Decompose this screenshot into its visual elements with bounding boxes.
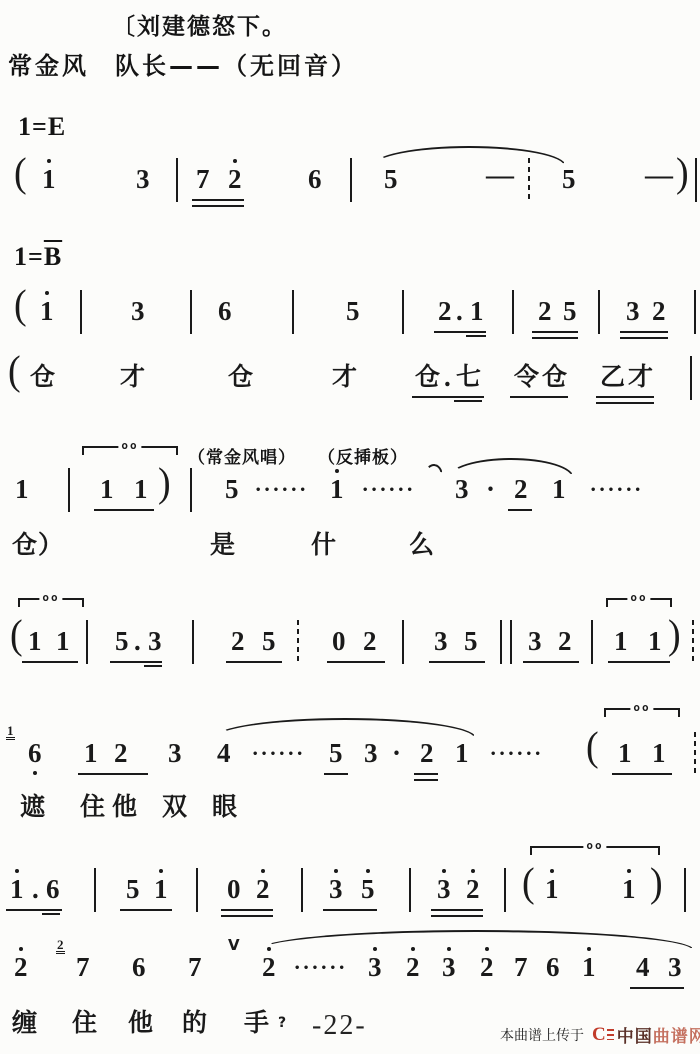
barline (94, 868, 96, 912)
note: 2 (652, 298, 666, 325)
note: . (134, 628, 141, 655)
tremolo-mark: oo (82, 446, 178, 456)
octave-dot-high (627, 869, 631, 873)
octave-dot-high (442, 869, 446, 873)
question-mark: ? (278, 1016, 286, 1030)
lyric-char: 他 (112, 794, 137, 819)
lyric-char: 么 (409, 532, 434, 557)
beam-line (510, 396, 568, 398)
lyric-char: 住 (80, 794, 105, 819)
tremolo-circles: oo (630, 701, 653, 714)
double-barline (690, 356, 700, 400)
note: 3 (455, 476, 469, 503)
note: 2 (420, 740, 434, 767)
beam-line (324, 773, 348, 775)
beam-line (144, 665, 162, 667)
beam-line (110, 661, 162, 663)
melody-line-7: 22767V2••••••323276143 (0, 940, 700, 1000)
dashed-barline (694, 732, 696, 776)
barline (512, 290, 514, 334)
note: 3 (368, 954, 382, 981)
melody-line-6: 1.651023532(11)oo (0, 862, 700, 922)
note: 5 (361, 876, 375, 903)
parenthesis: ( (14, 152, 27, 193)
grace-note: 2 (56, 938, 65, 954)
octave-dot-high (366, 869, 370, 873)
note: 3 (528, 628, 542, 655)
note: 3 (668, 954, 682, 981)
note: 1 (154, 876, 168, 903)
beam-line (523, 661, 579, 663)
note: 3 (434, 628, 448, 655)
note: 2 (480, 954, 494, 981)
lyric-char: 仓 (30, 364, 55, 389)
dashed-barline (297, 620, 299, 664)
lyric-char: 令 (514, 364, 539, 389)
note: 1 (84, 740, 98, 767)
lyric-char: 双 (162, 794, 187, 819)
lyric-char: 仓 (228, 364, 253, 389)
note: 6 (308, 166, 322, 193)
note: 1 (134, 476, 148, 503)
beam-line (327, 661, 385, 663)
note: 3 (131, 298, 145, 325)
dialogue-text: 队长——（无回音） (115, 52, 358, 80)
note: 1 (15, 476, 29, 503)
sustain-dash: — (645, 162, 673, 190)
note: 2 (514, 476, 528, 503)
note: 1 (56, 628, 70, 655)
parenthesis: ( (586, 726, 599, 767)
tremolo-mark: oo (606, 598, 672, 608)
note: 5 (562, 166, 576, 193)
note: 1 (552, 476, 566, 503)
lyrics-line-2: 遮住他双眼 (0, 780, 700, 840)
credit-text: 本曲谱上传于 (500, 1025, 584, 1045)
note: 5 (346, 298, 360, 325)
note: 5 (115, 628, 129, 655)
barline (409, 868, 411, 912)
note: 1 (330, 476, 344, 503)
note: 1 (622, 876, 636, 903)
site-name-dark: 中国 (617, 1027, 653, 1047)
slur-arc (258, 930, 694, 950)
lyric-char: 他 (128, 1010, 153, 1035)
lyric-char: 仓 (542, 364, 567, 389)
tremolo-mark: oo (530, 846, 660, 856)
parenthesis: ( (14, 284, 27, 325)
lyric-char: 手 (244, 1010, 269, 1035)
note: 1 (455, 740, 469, 767)
key-note: E (48, 112, 66, 141)
note: 5 (126, 876, 140, 903)
dialogue-line: 常金风队长——（无回音） (8, 46, 358, 81)
octave-dot-high (47, 159, 51, 163)
barline (694, 290, 696, 334)
note: 1 (40, 298, 54, 325)
note: 5 (329, 740, 343, 767)
slur-arc (214, 718, 476, 738)
site-name: 中国曲谱网 (617, 1022, 700, 1047)
note: 2 (558, 628, 572, 655)
note: 2 (114, 740, 128, 767)
beam-line (412, 396, 484, 398)
note: 1 (42, 166, 56, 193)
beam-line (429, 661, 485, 663)
barline (192, 620, 194, 664)
note: 5 (384, 166, 398, 193)
barline (86, 620, 88, 664)
percussion-line: (仓才仓才仓.七令仓乙才 (0, 350, 700, 410)
note: 1 (614, 628, 628, 655)
note: 7 (76, 954, 90, 981)
lyric-char: 才 (120, 364, 145, 389)
note: 4 (636, 954, 650, 981)
note: 1 (100, 476, 114, 503)
note: 3 (148, 628, 162, 655)
beam-line (22, 661, 78, 663)
barline (176, 158, 178, 202)
note: 0 (227, 876, 241, 903)
note: . (32, 876, 39, 903)
stage-direction: 〔刘建德怒下。 (112, 8, 287, 41)
note: . (456, 298, 463, 325)
barline (190, 468, 192, 512)
continuation-dots: •••••• (490, 750, 543, 760)
octave-dot-high (335, 469, 339, 473)
tremolo-circles: oo (627, 591, 650, 604)
parenthesis: ( (522, 862, 535, 903)
lyric-char: ） (38, 532, 63, 557)
octave-dot-high (45, 291, 49, 295)
key-signature-2: 1=B (14, 242, 62, 272)
note: 3 (442, 954, 456, 981)
note: 6 (132, 954, 146, 981)
octave-dot-high (334, 869, 338, 873)
beam-line (612, 773, 672, 775)
note: 2 (231, 628, 245, 655)
beam-line (94, 509, 154, 511)
note: 1 (582, 954, 596, 981)
lyric-char: 乙 (600, 364, 625, 389)
note: 0 (332, 628, 346, 655)
note: 3 (364, 740, 378, 767)
parenthesis: ( (10, 614, 23, 655)
barline (402, 290, 404, 334)
note: 1 (10, 876, 24, 903)
lyrics-line-1: 仓）是什么 (0, 518, 700, 578)
tremolo-circles: oo (583, 839, 606, 852)
note: 2 (262, 954, 276, 981)
note: 2 (466, 876, 480, 903)
barline (402, 620, 404, 664)
barline (591, 620, 593, 664)
continuation-dots: •••••• (362, 486, 415, 496)
note: 3 (626, 298, 640, 325)
note: 7 (196, 166, 210, 193)
parenthesis: ) (158, 462, 171, 503)
beam-line (120, 909, 172, 911)
tremolo-mark: oo (604, 708, 680, 718)
double-beam-line (431, 909, 483, 917)
barline (196, 868, 198, 912)
note: 1 (28, 628, 42, 655)
lyric-char: 七 (456, 364, 481, 389)
note: 1 (618, 740, 632, 767)
octave-dot-high (159, 869, 163, 873)
lyric-char: 眼 (212, 794, 237, 819)
tremolo-mark: oo (18, 598, 84, 608)
double-beam-line (596, 396, 654, 404)
lyric-char: 的 (182, 1010, 207, 1035)
barline (684, 868, 686, 912)
key-prefix: 1= (18, 112, 48, 141)
note: 6 (546, 954, 560, 981)
continuation-dots: •••••• (255, 486, 308, 496)
melody-line-3: 111)5••••••1••••••3·21••••••oo (0, 462, 700, 522)
key-prefix: 1= (14, 242, 44, 271)
beam-line (78, 773, 148, 775)
parenthesis: ) (650, 862, 663, 903)
note: 6 (28, 740, 42, 767)
lyric-char: 才 (332, 364, 357, 389)
barline (80, 290, 82, 334)
key-signature-1: 1=E (18, 112, 66, 142)
lyric-char: 仓 (12, 532, 37, 557)
note: 2 (438, 298, 452, 325)
melody-line-2: (13652.12532 (0, 284, 700, 344)
note: 6 (46, 876, 60, 903)
note: 3 (136, 166, 150, 193)
grace-note: 1 (6, 724, 15, 740)
octave-dot-high (471, 869, 475, 873)
slur-arc (448, 458, 574, 478)
note: 7 (188, 954, 202, 981)
lyric-char: 才 (628, 364, 653, 389)
beam-line (508, 509, 532, 511)
double-barline (500, 620, 512, 664)
continuation-dots: •••••• (590, 486, 643, 496)
double-beam-line (192, 199, 244, 207)
barline (190, 290, 192, 334)
note: 1 (652, 740, 666, 767)
breath-mark: V (228, 938, 240, 953)
melody-line-5: 161234••••••53·21••••••(11oo (0, 726, 700, 786)
barline (695, 158, 697, 202)
note: 4 (217, 740, 231, 767)
beam-line (630, 987, 684, 989)
tremolo-circles: oo (39, 591, 62, 604)
dashed-barline (692, 620, 694, 664)
melody-line-4: (115.32502353211)oooo (0, 614, 700, 674)
speaker-name: 常金风 (8, 52, 89, 80)
page-number: -22- (312, 1010, 367, 1042)
phrase-tick (423, 462, 445, 479)
sheet-music-page: 〔刘建德怒下。 常金风队长——（无回音） 1=E 1=B （常金风唱） （反揷板… (0, 0, 700, 1054)
lyric-char: 住 (72, 1010, 97, 1035)
octave-dot-high (15, 869, 19, 873)
note: 1 (470, 298, 484, 325)
note: . (444, 364, 451, 391)
continuation-dots: •••••• (252, 750, 305, 760)
note: 2 (538, 298, 552, 325)
octave-dot-low (33, 771, 37, 775)
continuation-dots: •••••• (294, 964, 347, 974)
parenthesis: ) (668, 614, 681, 655)
double-beam-line (532, 331, 578, 339)
barline (292, 290, 294, 334)
barline (598, 290, 600, 334)
double-beam-line (620, 331, 668, 339)
lyric-char: 缠 (12, 1010, 37, 1035)
beam-line (6, 909, 62, 911)
beam-line (454, 400, 482, 402)
note: 5 (262, 628, 276, 655)
tremolo-circles: oo (118, 439, 141, 452)
beam-line (466, 335, 486, 337)
beam-line (226, 661, 282, 663)
barline (504, 868, 506, 912)
lyric-char: 什 (311, 532, 336, 557)
note: 3 (437, 876, 451, 903)
lyric-char: 遮 (20, 794, 45, 819)
note: 7 (514, 954, 528, 981)
barline (68, 468, 70, 512)
lyric-char: 是 (210, 532, 235, 557)
note: 5 (464, 628, 478, 655)
note: 3 (168, 740, 182, 767)
beam-line (608, 661, 670, 663)
note: 2 (406, 954, 420, 981)
key-note: B (44, 242, 62, 271)
note: 2 (256, 876, 270, 903)
note: 1 (648, 628, 662, 655)
note: 1 (545, 876, 559, 903)
footer-credit: 本曲谱上传于 C 中国曲谱网 (500, 1022, 700, 1047)
note: 2 (363, 628, 377, 655)
octave-dot-high (233, 159, 237, 163)
note: 5 (225, 476, 239, 503)
site-logo-icon: C (592, 1024, 606, 1046)
note: 5 (563, 298, 577, 325)
site-logo-bars-icon (607, 1029, 614, 1040)
beam-line (434, 331, 486, 333)
octave-dot-high (261, 869, 265, 873)
sustain-dash: — (486, 162, 514, 190)
parenthesis: ) (676, 152, 689, 193)
note: · (392, 740, 401, 767)
beam-line (42, 913, 60, 915)
note: 3 (329, 876, 343, 903)
note: 2 (228, 166, 242, 193)
barline (350, 158, 352, 202)
double-beam-line (221, 909, 273, 917)
note: 6 (218, 298, 232, 325)
site-name-light: 曲谱网 (653, 1027, 700, 1047)
beam-line (323, 909, 377, 911)
note: · (486, 476, 495, 503)
lyric-char: 仓 (415, 364, 440, 389)
parenthesis: ( (8, 350, 21, 391)
barline (301, 868, 303, 912)
note: 2 (14, 954, 28, 981)
octave-dot-high (550, 869, 554, 873)
melody-line-1: (137265—5—) (0, 152, 700, 212)
octave-dot-high (19, 947, 23, 951)
slur-arc (372, 146, 566, 166)
